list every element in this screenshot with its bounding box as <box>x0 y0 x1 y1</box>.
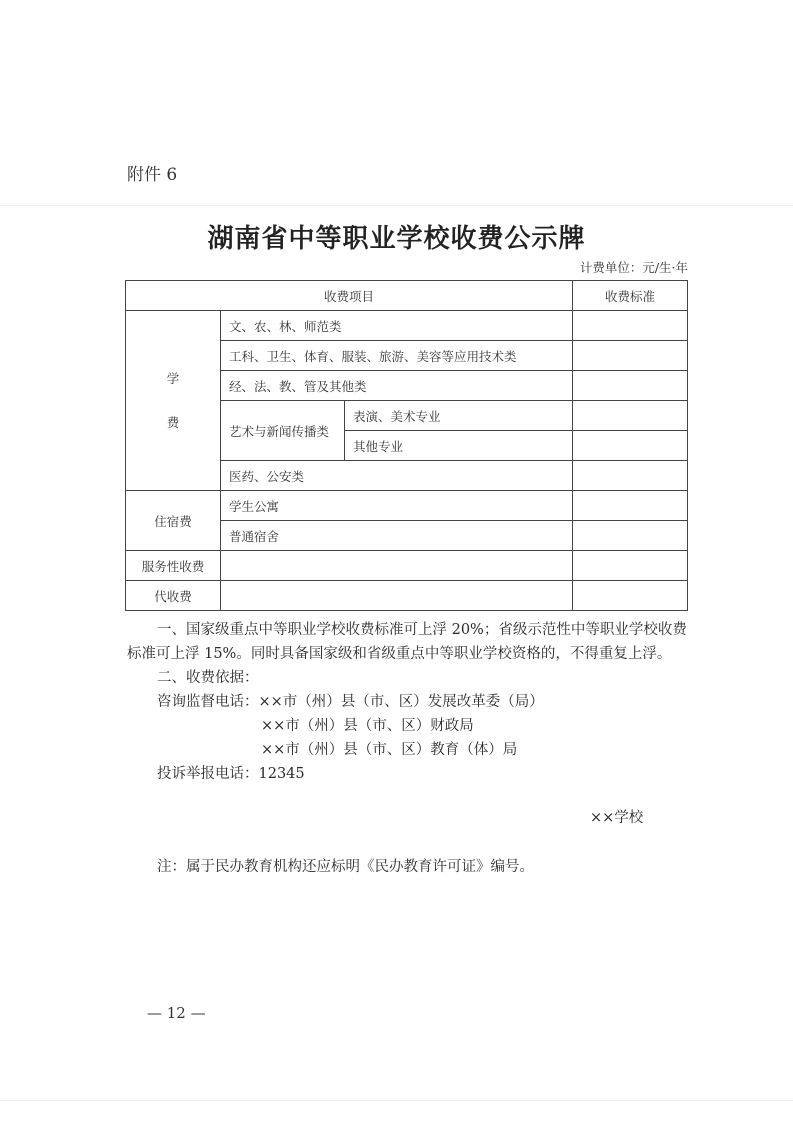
accommodation-item-label: 学生公寓 <box>221 491 573 521</box>
header-fee-standard: 收费标准 <box>573 281 688 311</box>
tuition-subitem-label: 表演、美术专业 <box>345 401 573 431</box>
table-row: 学 费 文、农、林、师范类 <box>126 311 688 341</box>
fee-standard-cell <box>573 581 688 611</box>
service-fee-label: 服务性收费 <box>126 551 221 581</box>
document-title: 湖南省中等职业学校收费公示牌 <box>0 218 793 255</box>
fee-standard-cell <box>573 521 688 551</box>
consult-phone-line-2: ××市（州）县（市、区）财政局 <box>261 714 474 738</box>
table-row: 代收费 <box>126 581 688 611</box>
tuition-group-label: 艺术与新闻传播类 <box>221 401 345 461</box>
table-row: 住宿费 学生公寓 <box>126 491 688 521</box>
fee-standard-cell <box>573 401 688 431</box>
consult-phone-line-3: ××市（州）县（市、区）教育（体）局 <box>261 738 517 762</box>
scan-artifact-line <box>0 205 793 206</box>
fee-unit-label: 计费单位：元/生·年 <box>560 258 688 276</box>
consult-phone-line-1: 咨询监督电话：××市（州）县（市、区）发展改革委（局） <box>157 690 544 714</box>
footnote: 注：属于民办教育机构还应标明《民办教育许可证》编号。 <box>157 855 534 876</box>
attachment-label: 附件 6 <box>127 160 177 185</box>
tuition-item-label: 文、农、林、师范类 <box>221 311 573 341</box>
tuition-item-label: 医药、公安类 <box>221 461 573 491</box>
tuition-item-label: 工科、卫生、体育、服装、旅游、美容等应用技术类 <box>221 341 573 371</box>
accommodation-item-label: 普通宿舍 <box>221 521 573 551</box>
note-item-1: 一、国家级重点中等职业学校收费标准可上浮 20%；省级示范性中等职业学校收费标准… <box>127 618 692 666</box>
service-fee-item <box>221 551 573 581</box>
tuition-subitem-label: 其他专业 <box>345 431 573 461</box>
tuition-category-label: 学 费 <box>126 311 221 491</box>
fee-standard-cell <box>573 551 688 581</box>
header-fee-item: 收费项目 <box>126 281 573 311</box>
fee-standard-cell <box>573 461 688 491</box>
school-signature: ××学校 <box>590 806 643 827</box>
fee-standard-cell <box>573 341 688 371</box>
scan-artifact-line <box>0 1100 793 1101</box>
table-header-row: 收费项目 收费标准 <box>126 281 688 311</box>
fee-standard-cell <box>573 491 688 521</box>
agency-fee-label: 代收费 <box>126 581 221 611</box>
fee-standard-cell <box>573 431 688 461</box>
table-row: 服务性收费 <box>126 551 688 581</box>
page-number: — 12 — <box>147 1004 206 1022</box>
tuition-item-label: 经、法、教、管及其他类 <box>221 371 573 401</box>
fee-standard-cell <box>573 311 688 341</box>
accommodation-category-label: 住宿费 <box>126 491 221 551</box>
complaint-phone-line: 投诉举报电话：12345 <box>157 762 305 786</box>
fee-table: 收费项目 收费标准 学 费 文、农、林、师范类 工科、卫生、体育、服装、旅游、美… <box>125 280 688 611</box>
fee-standard-cell <box>573 371 688 401</box>
agency-fee-item <box>221 581 573 611</box>
note-item-2: 二、收费依据： <box>157 666 259 690</box>
